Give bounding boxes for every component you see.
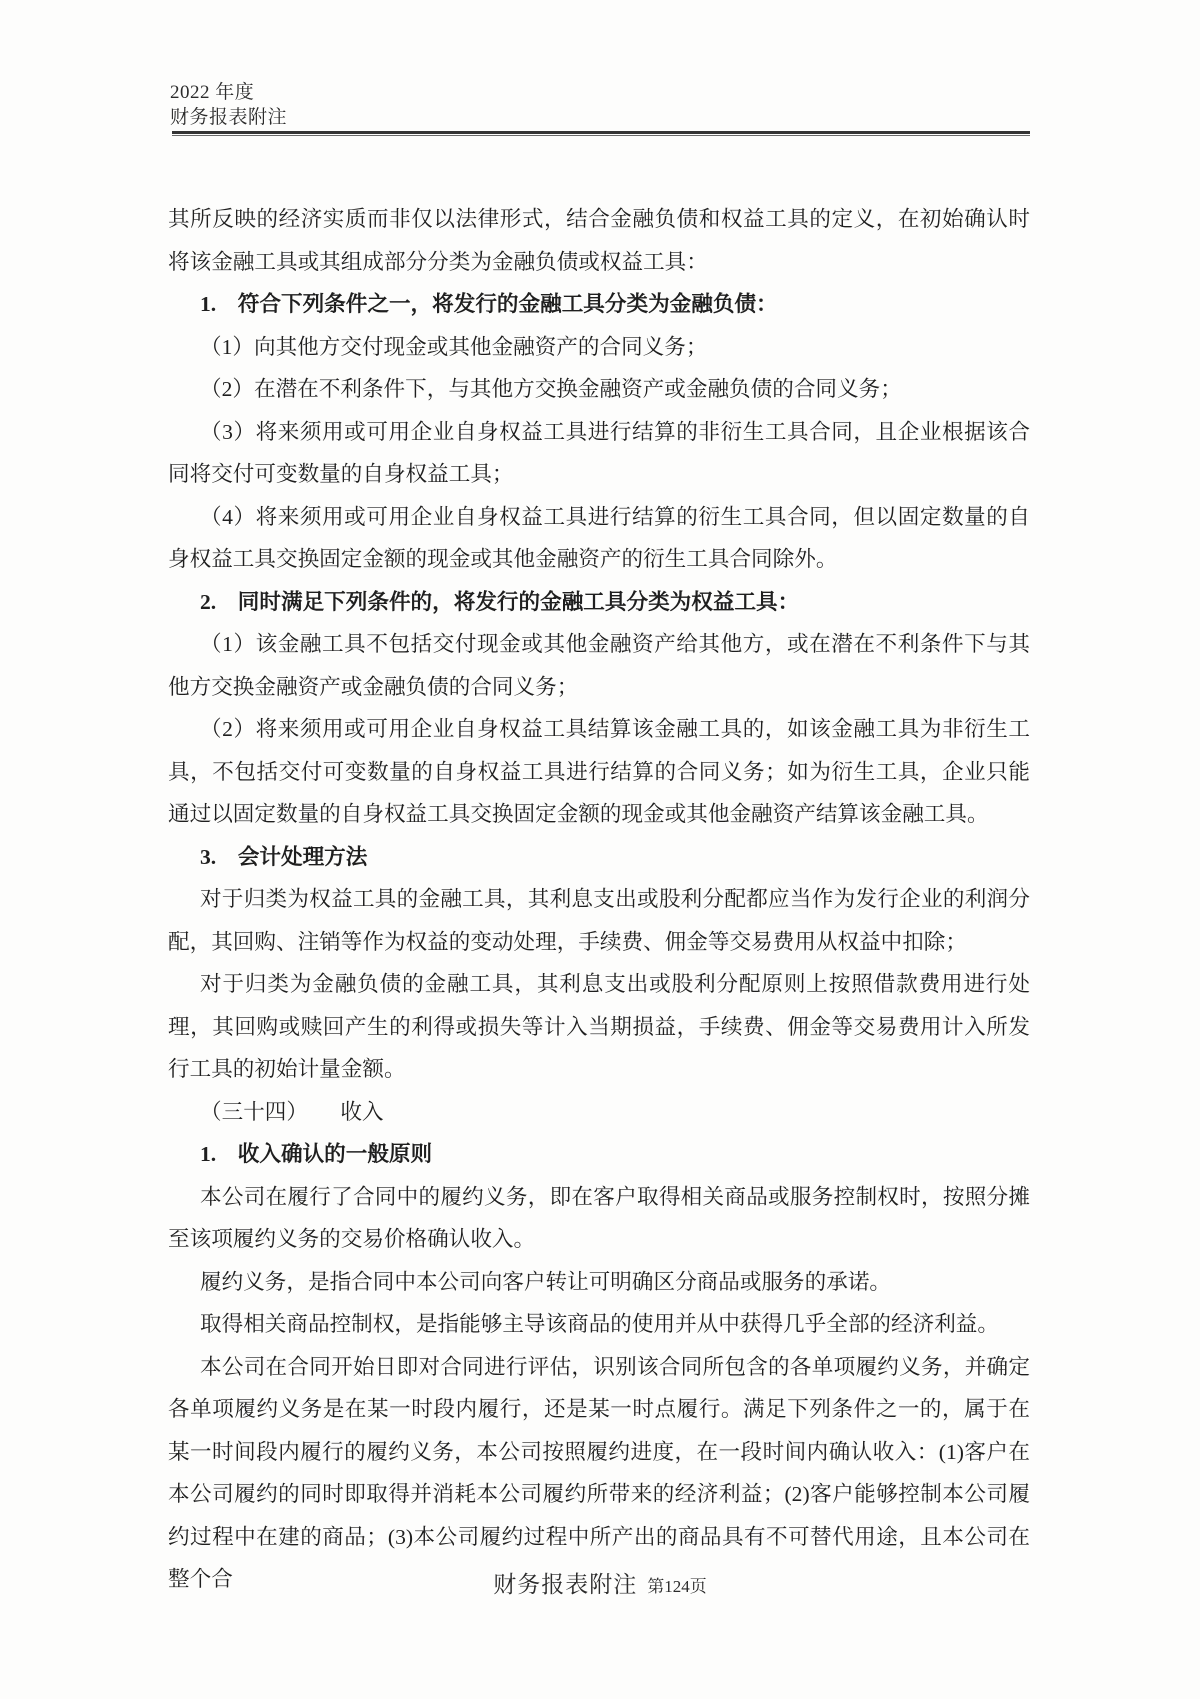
paragraph: 本公司在合同开始日即对合同进行评估，识别该合同所包含的各单项履约义务，并确定各单… bbox=[168, 1346, 1030, 1601]
header-rule bbox=[172, 131, 1030, 136]
numbered-heading-1: 1. 符合下列条件之一，将发行的金融工具分类为金融负债： bbox=[168, 283, 1030, 326]
list-item: （2）将来须用或可用企业自身权益工具结算该金融工具的，如该金融工具为非衍生工具，… bbox=[168, 708, 1030, 836]
numbered-heading-revenue: 1. 收入确认的一般原则 bbox=[168, 1133, 1030, 1176]
paragraph: 对于归类为金融负债的金融工具，其利息支出或股利分配原则上按照借款费用进行处理，其… bbox=[168, 963, 1030, 1091]
paragraph: 本公司在履行了合同中的履约义务，即在客户取得相关商品或服务控制权时，按照分摊至该… bbox=[168, 1176, 1030, 1261]
header-year-line: 2022 年度 bbox=[170, 80, 287, 105]
document-page: 2022 年度 财务报表附注 其所反映的经济实质而非仅以法律形式，结合金融负债和… bbox=[0, 0, 1200, 1699]
list-item: （4）将来须用或可用企业自身权益工具进行结算的衍生工具合同，但以固定数量的自身权… bbox=[168, 496, 1030, 581]
page-header: 2022 年度 财务报表附注 bbox=[170, 80, 287, 130]
list-item: （3）将来须用或可用企业自身权益工具进行结算的非衍生工具合同，且企业根据该合同将… bbox=[168, 411, 1030, 496]
numbered-heading-2: 2. 同时满足下列条件的，将发行的金融工具分类为权益工具： bbox=[168, 581, 1030, 624]
list-item: （2）在潜在不利条件下，与其他方交换金融资产或金融负债的合同义务； bbox=[168, 368, 1030, 411]
list-item: （1）向其他方交付现金或其他金融资产的合同义务； bbox=[168, 326, 1030, 369]
header-doc-line: 财务报表附注 bbox=[170, 105, 287, 130]
list-item: （1）该金融工具不包括交付现金或其他金融资产给其他方，或在潜在不利条件下与其他方… bbox=[168, 623, 1030, 708]
paragraph: 取得相关商品控制权，是指能够主导该商品的使用并从中获得几乎全部的经济利益。 bbox=[168, 1303, 1030, 1346]
footer-doc-title: 财务报表附注 bbox=[493, 1572, 637, 1597]
numbered-heading-3: 3. 会计处理方法 bbox=[168, 836, 1030, 879]
paragraph: 对于归类为权益工具的金融工具，其利息支出或股利分配都应当作为发行企业的利润分配，… bbox=[168, 878, 1030, 963]
document-body: 其所反映的经济实质而非仅以法律形式，结合金融负债和权益工具的定义，在初始确认时将… bbox=[168, 198, 1030, 1601]
paragraph-continuation: 其所反映的经济实质而非仅以法律形式，结合金融负债和权益工具的定义，在初始确认时将… bbox=[168, 198, 1030, 283]
section-heading-34: （三十四） 收入 bbox=[168, 1091, 1030, 1134]
footer-page-number: 第124页 bbox=[647, 1577, 707, 1596]
page-footer: 财务报表附注第124页 bbox=[0, 1566, 1200, 1599]
paragraph: 履约义务，是指合同中本公司向客户转让可明确区分商品或服务的承诺。 bbox=[168, 1261, 1030, 1304]
